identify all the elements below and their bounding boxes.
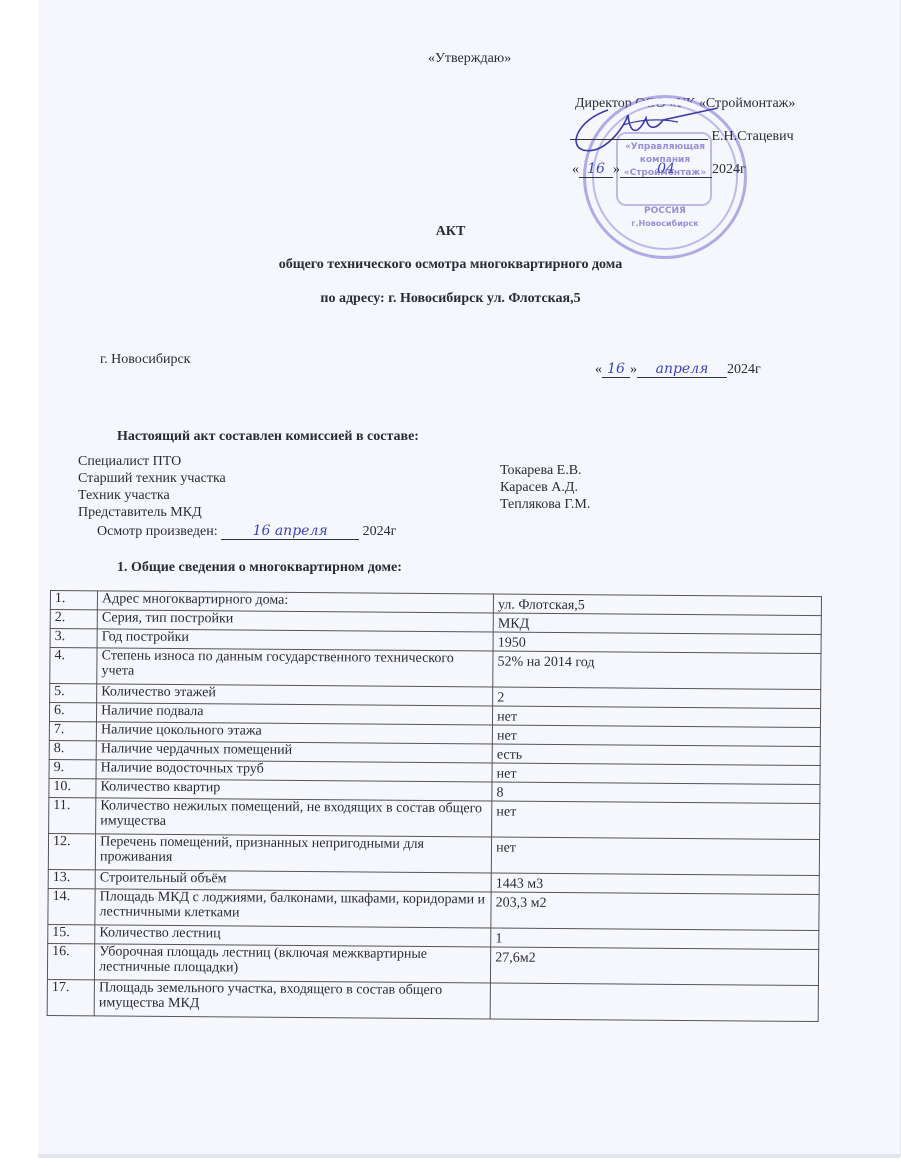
row-value: 1443 м3 bbox=[491, 873, 819, 895]
table-row: 12.Перечень помещений, признанных неприг… bbox=[48, 833, 819, 875]
role-item: Специалист ПТО bbox=[78, 453, 226, 470]
row-label: Перечень помещений, признанных непригодн… bbox=[95, 834, 491, 873]
open-quote: « bbox=[572, 162, 579, 177]
act-day: 16 bbox=[602, 361, 630, 378]
inspection-label: Осмотр произведен: bbox=[97, 524, 218, 539]
signature-line bbox=[570, 125, 708, 140]
row-number: 1. bbox=[50, 591, 97, 610]
row-number: 10. bbox=[49, 778, 96, 797]
row-value: нет bbox=[493, 706, 821, 728]
row-value: МКД bbox=[493, 613, 821, 635]
role-item: Техник участка bbox=[78, 487, 226, 504]
row-number: 5. bbox=[50, 684, 97, 703]
row-value: есть bbox=[492, 744, 820, 766]
row-value: ул. Флотская,5 bbox=[493, 594, 821, 616]
row-number: 13. bbox=[48, 869, 95, 888]
act-date: «16»апреля2024г bbox=[595, 361, 761, 378]
row-number: 9. bbox=[49, 759, 96, 778]
row-number: 15. bbox=[48, 924, 95, 943]
page-edge bbox=[38, 1154, 900, 1158]
stamp-text-country: РОССИЯ bbox=[586, 206, 744, 216]
role-item: Представитель МКД bbox=[78, 504, 226, 521]
row-number: 4. bbox=[50, 648, 97, 684]
row-label: Количество нежилых помещений, не входящи… bbox=[96, 798, 492, 837]
row-label: Степень износа по данным государственног… bbox=[97, 648, 493, 687]
row-value: 27,6м2 bbox=[491, 947, 819, 986]
row-number: 8. bbox=[49, 740, 96, 759]
act-title: АКТ bbox=[0, 224, 901, 240]
row-value: нет bbox=[492, 763, 820, 785]
row-number: 6. bbox=[49, 703, 96, 722]
act-year: 2024г bbox=[727, 362, 761, 377]
act-subtitle: общего технического осмотра многоквартир… bbox=[0, 257, 901, 273]
inspection-year: 2024г bbox=[363, 524, 397, 539]
approval-date: «16»042024г bbox=[572, 161, 746, 178]
open-quote: « bbox=[595, 362, 602, 377]
row-number: 7. bbox=[49, 721, 96, 740]
close-quote: » bbox=[630, 362, 637, 377]
table-row: 11.Количество нежилых помещений, не вход… bbox=[49, 797, 820, 839]
table-row: 16.Уборочная площадь лестниц (включая ме… bbox=[47, 943, 818, 985]
row-label: Площадь МКД с лоджиями, балконами, шкафа… bbox=[95, 889, 491, 928]
member-name: Токарева Е.В. bbox=[500, 462, 590, 479]
row-value: 1 bbox=[491, 928, 819, 950]
commission-heading: Настоящий акт составлен комиссией в сост… bbox=[117, 429, 419, 445]
role-item: Старший техник участка bbox=[78, 470, 226, 487]
row-number: 3. bbox=[50, 629, 97, 648]
approval-day: 16 bbox=[579, 161, 613, 178]
row-label: Площадь земельного участка, входящего в … bbox=[94, 980, 490, 1019]
row-value: 2 bbox=[493, 687, 821, 709]
approval-year: 2024г bbox=[712, 162, 746, 177]
table-row: 14.Площадь МКД с лоджиями, балконами, шк… bbox=[48, 888, 819, 930]
inspection-line: Осмотр произведен: 16 апреля 2024г bbox=[97, 523, 396, 540]
row-value: нет bbox=[492, 801, 820, 840]
inspection-date: 16 апреля bbox=[221, 523, 359, 540]
row-value: нет bbox=[492, 725, 820, 747]
row-value: 1950 bbox=[493, 632, 821, 654]
act-month: апреля bbox=[637, 361, 727, 378]
row-number: 2. bbox=[50, 610, 97, 629]
approval-heading: «Утверждаю» bbox=[428, 51, 511, 67]
row-number: 12. bbox=[48, 833, 95, 869]
member-name: Карасев А.Д. bbox=[500, 479, 590, 496]
row-label: Уборочная площадь лестниц (включая межкв… bbox=[95, 944, 491, 983]
row-number: 14. bbox=[48, 888, 95, 924]
commission-roles: Специалист ПТО Старший техник участка Те… bbox=[78, 453, 226, 521]
approval-month: 04 bbox=[620, 161, 712, 178]
row-number: 11. bbox=[49, 797, 96, 833]
building-info-table: 1.Адрес многоквартирного дома:ул. Флотск… bbox=[47, 590, 822, 1022]
row-value: 52% на 2014 год bbox=[493, 651, 821, 690]
act-address: по адресу: г. Новосибирск ул. Флотская,5 bbox=[0, 291, 901, 307]
member-name: Теплякова Г.М. bbox=[500, 496, 590, 513]
signatory-name: Е.Н.Стацевич bbox=[712, 129, 794, 144]
row-value bbox=[490, 983, 818, 1022]
commission-names: Токарева Е.В. Карасев А.Д. Теплякова Г.М… bbox=[500, 462, 590, 513]
row-value: 203,3 м2 bbox=[491, 892, 819, 931]
row-value: нет bbox=[491, 837, 819, 876]
close-quote: » bbox=[613, 162, 620, 177]
section-heading: 1. Общие сведения о многоквартирном доме… bbox=[117, 560, 402, 576]
row-value: 8 bbox=[492, 782, 820, 804]
row-number: 16. bbox=[47, 943, 94, 979]
signature-line-row: Е.Н.Стацевич bbox=[570, 125, 794, 145]
place-city: г. Новосибирск bbox=[100, 352, 190, 368]
table-row: 4.Степень износа по данным государственн… bbox=[50, 648, 821, 690]
row-number: 17. bbox=[47, 979, 94, 1015]
table-row: 17.Площадь земельного участка, входящего… bbox=[47, 979, 818, 1021]
